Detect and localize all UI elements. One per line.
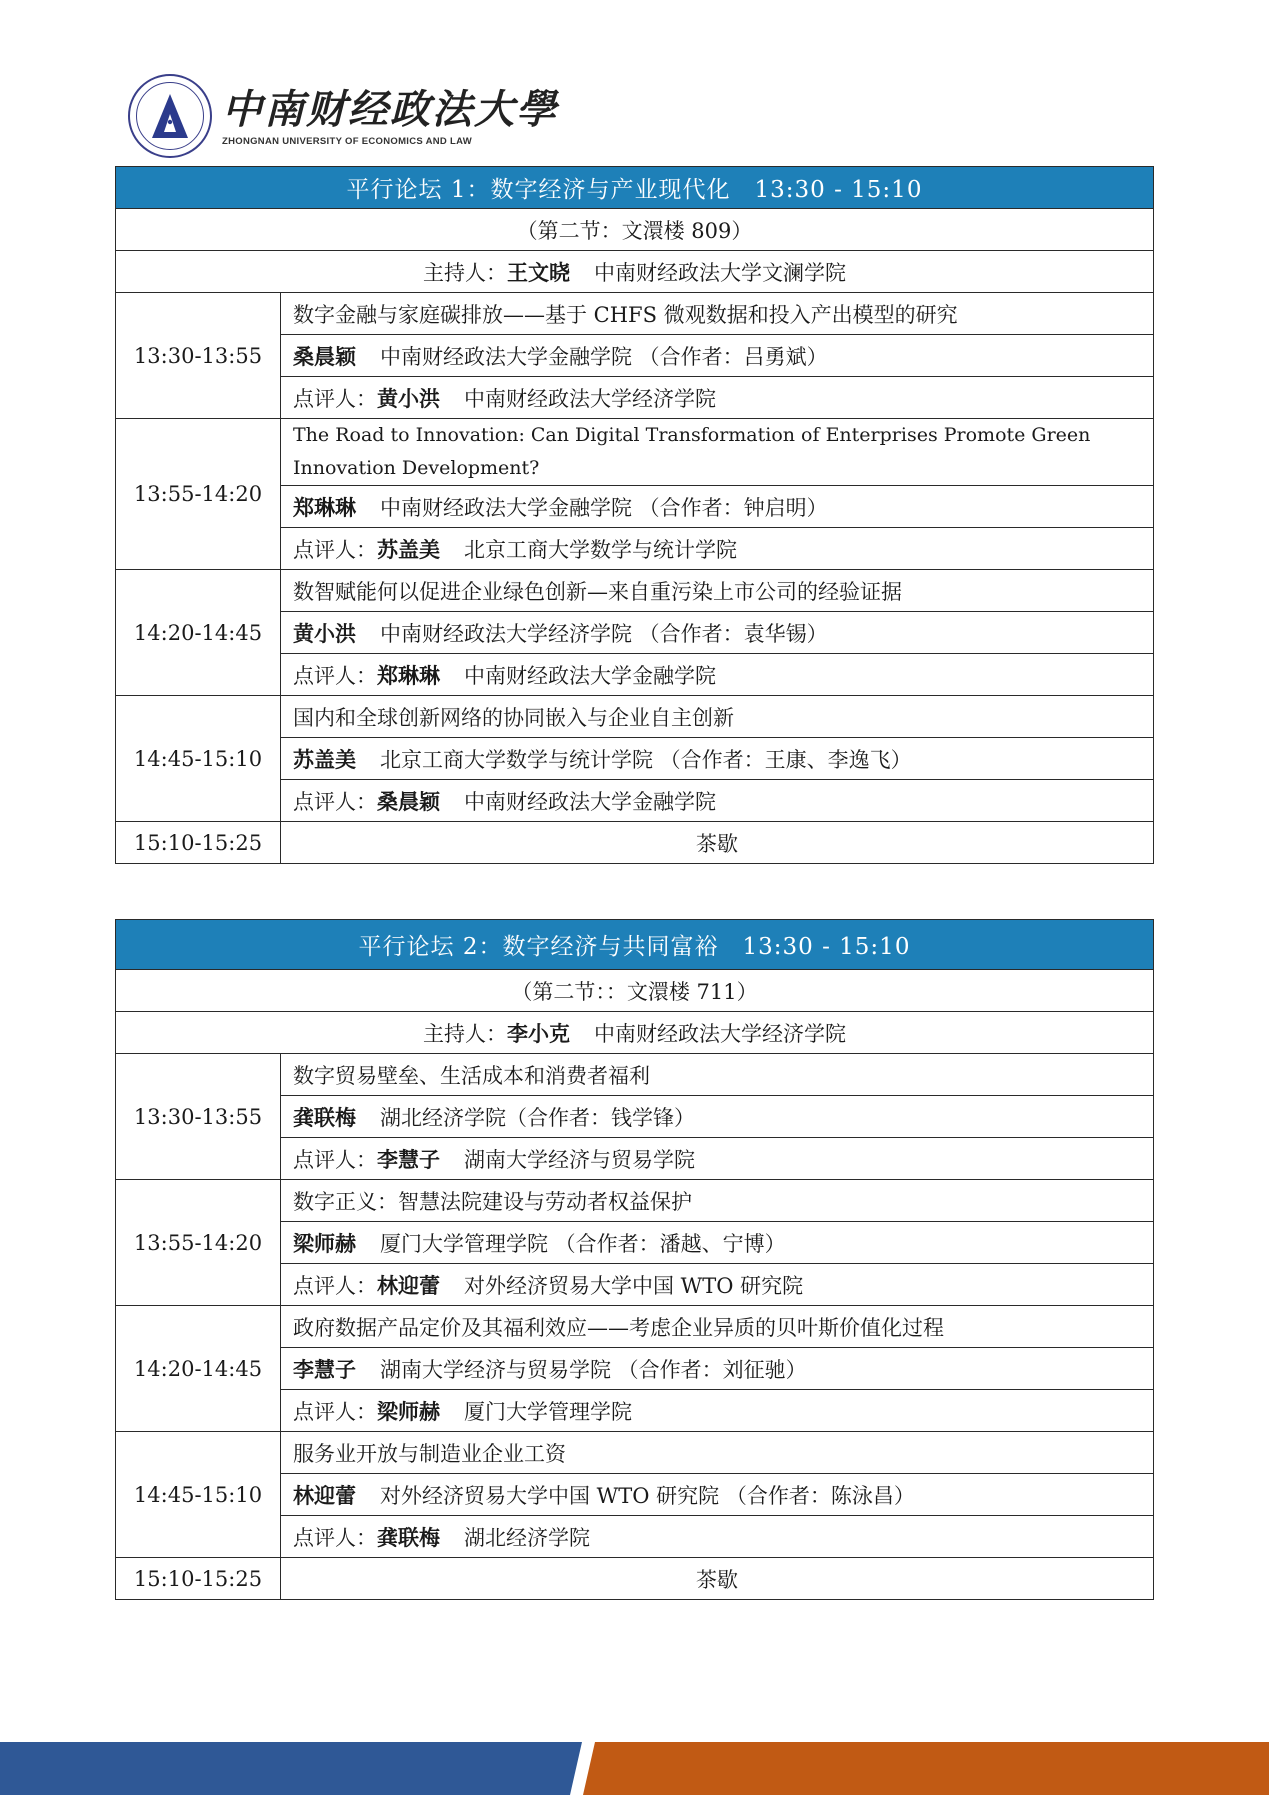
discussant: 点评人：林迎蕾对外经济贸易大学中国 WTO 研究院 [281, 1264, 1154, 1306]
session-time: 13:30-13:55 [116, 1054, 281, 1180]
paper-title: The Road to Innovation: Can Digital Tran… [281, 419, 1154, 486]
discussant-name: 桑晨颖 [377, 790, 440, 814]
break-time: 15:10-15:25 [116, 1558, 281, 1600]
forum-section: （第二节：文澴楼 809） [116, 209, 1154, 251]
discussant: 点评人：龚联梅湖北经济学院 [281, 1516, 1154, 1558]
forum-title: 平行论坛 1：数字经济与产业现代化 13:30 - 15:10 [116, 167, 1154, 209]
discussant-name: 苏盖美 [377, 538, 440, 562]
host-affiliation: 中南财经政法大学文澜学院 [594, 261, 846, 285]
discussant: 点评人：黄小洪中南财经政法大学经济学院 [281, 377, 1154, 419]
session-time: 14:20-14:45 [116, 570, 281, 696]
discussant-affiliation: 中南财经政法大学金融学院 [464, 790, 716, 814]
presenter-name: 龚联梅 [293, 1106, 356, 1130]
presenter: 郑琳琳中南财经政法大学金融学院 （合作者：钟启明） [281, 486, 1154, 528]
presenter-info: 厦门大学管理学院 （合作者：潘越、宁博） [380, 1232, 786, 1256]
presenter-info: 中南财经政法大学金融学院 （合作者：吕勇斌） [380, 345, 828, 369]
presenter-info: 中南财经政法大学金融学院 （合作者：钟启明） [380, 496, 828, 520]
break-label: 茶歇 [281, 1558, 1154, 1600]
paper-title: 数智赋能何以促进企业绿色创新—来自重污染上市公司的经验证据 [281, 570, 1154, 612]
discussant: 点评人：苏盖美北京工商大学数学与统计学院 [281, 528, 1154, 570]
discussant-label: 点评人： [293, 387, 377, 411]
host-label: 主持人： [423, 1022, 507, 1046]
break-label: 茶歇 [281, 822, 1154, 864]
discussant-affiliation: 厦门大学管理学院 [464, 1400, 632, 1424]
presenter: 桑晨颖中南财经政法大学金融学院 （合作者：吕勇斌） [281, 335, 1154, 377]
discussant-name: 李慧子 [377, 1148, 440, 1172]
presenter: 苏盖美北京工商大学数学与统计学院 （合作者：王康、李逸飞） [281, 738, 1154, 780]
presenter-name: 林迎蕾 [293, 1484, 356, 1508]
paper-title: 数字正义：智慧法院建设与劳动者权益保护 [281, 1180, 1154, 1222]
presenter-name: 黄小洪 [293, 622, 356, 646]
presenter: 林迎蕾对外经济贸易大学中国 WTO 研究院 （合作者：陈泳昌） [281, 1474, 1154, 1516]
presenter-name: 李慧子 [293, 1358, 356, 1382]
presenter-info: 湖南大学经济与贸易学院 （合作者：刘征驰） [380, 1358, 807, 1382]
forum-2-table: 平行论坛 2：数字经济与共同富裕 13:30 - 15:10 （第二节：：文澴楼… [115, 919, 1154, 1600]
presenter-name: 梁师赫 [293, 1232, 356, 1256]
discussant-label: 点评人： [293, 1400, 377, 1424]
discussant-label: 点评人： [293, 664, 377, 688]
paper-title: 服务业开放与制造业企业工资 [281, 1432, 1154, 1474]
discussant-name: 林迎蕾 [377, 1274, 440, 1298]
discussant-affiliation: 对外经济贸易大学中国 WTO 研究院 [464, 1274, 803, 1298]
discussant-affiliation: 中南财经政法大学经济学院 [464, 387, 716, 411]
session-row: 14:45-15:10 服务业开放与制造业企业工资 [116, 1432, 1154, 1474]
session-row: 14:20-14:45 数智赋能何以促进企业绿色创新—来自重污染上市公司的经验证… [116, 570, 1154, 612]
presenter-name: 苏盖美 [293, 748, 356, 772]
presenter: 李慧子湖南大学经济与贸易学院 （合作者：刘征驰） [281, 1348, 1154, 1390]
presenter-info: 湖北经济学院（合作者：钱学锋） [380, 1106, 695, 1130]
discussant: 点评人：桑晨颖中南财经政法大学金融学院 [281, 780, 1154, 822]
host-name: 李小克 [507, 1022, 570, 1046]
session-time: 13:55-14:20 [116, 419, 281, 570]
discussant-affiliation: 北京工商大学数学与统计学院 [464, 538, 737, 562]
host-label: 主持人： [423, 261, 507, 285]
forum-host: 主持人：李小克中南财经政法大学经济学院 [116, 1012, 1154, 1054]
presenter: 梁师赫厦门大学管理学院 （合作者：潘越、宁博） [281, 1222, 1154, 1264]
university-logo: 中南财经政法大學 ZHONGNAN UNIVERSITY OF ECONOMIC… [128, 80, 558, 152]
break-time: 15:10-15:25 [116, 822, 281, 864]
paper-title: 数字金融与家庭碳排放——基于 CHFS 微观数据和投入产出模型的研究 [281, 293, 1154, 335]
discussant-name: 龚联梅 [377, 1526, 440, 1550]
session-row: 14:20-14:45 政府数据产品定价及其福利效应——考虑企业异质的贝叶斯价值… [116, 1306, 1154, 1348]
university-name-en: ZHONGNAN UNIVERSITY OF ECONOMICS AND LAW [222, 136, 558, 147]
session-row: 13:55-14:20 The Road to Innovation: Can … [116, 419, 1154, 486]
university-seal-icon [128, 74, 212, 158]
discussant-name: 郑琳琳 [377, 664, 440, 688]
host-affiliation: 中南财经政法大学经济学院 [594, 1022, 846, 1046]
presenter-name: 郑琳琳 [293, 496, 356, 520]
presenter-name: 桑晨颖 [293, 345, 356, 369]
session-row: 14:45-15:10 国内和全球创新网络的协同嵌入与企业自主创新 [116, 696, 1154, 738]
session-time: 14:45-15:10 [116, 1432, 281, 1558]
discussant-label: 点评人： [293, 790, 377, 814]
discussant-label: 点评人： [293, 1148, 377, 1172]
session-row: 13:55-14:20 数字正义：智慧法院建设与劳动者权益保护 [116, 1180, 1154, 1222]
forum-host: 主持人：王文晓中南财经政法大学文澜学院 [116, 251, 1154, 293]
discussant-affiliation: 湖南大学经济与贸易学院 [464, 1148, 695, 1172]
paper-title: 政府数据产品定价及其福利效应——考虑企业异质的贝叶斯价值化过程 [281, 1306, 1154, 1348]
break-row: 15:10-15:25 茶歇 [116, 1558, 1154, 1600]
discussant: 点评人：梁师赫厦门大学管理学院 [281, 1390, 1154, 1432]
session-time: 13:55-14:20 [116, 1180, 281, 1306]
presenter: 龚联梅湖北经济学院（合作者：钱学锋） [281, 1096, 1154, 1138]
discussant-name: 黄小洪 [377, 387, 440, 411]
discussant-affiliation: 中南财经政法大学金融学院 [464, 664, 716, 688]
forum-section: （第二节：：文澴楼 711） [116, 970, 1154, 1012]
discussant-label: 点评人： [293, 1274, 377, 1298]
forum-title: 平行论坛 2：数字经济与共同富裕 13:30 - 15:10 [116, 920, 1154, 970]
session-time: 13:30-13:55 [116, 293, 281, 419]
discussant-label: 点评人： [293, 1526, 377, 1550]
discussant: 点评人：李慧子湖南大学经济与贸易学院 [281, 1138, 1154, 1180]
discussant-affiliation: 湖北经济学院 [464, 1526, 590, 1550]
presenter: 黄小洪中南财经政法大学经济学院 （合作者：袁华锡） [281, 612, 1154, 654]
presenter-info: 北京工商大学数学与统计学院 （合作者：王康、李逸飞） [380, 748, 912, 772]
session-row: 13:30-13:55 数字金融与家庭碳排放——基于 CHFS 微观数据和投入产… [116, 293, 1154, 335]
university-name-cn: 中南财经政法大學 [222, 86, 558, 134]
session-time: 14:20-14:45 [116, 1306, 281, 1432]
discussant: 点评人：郑琳琳中南财经政法大学金融学院 [281, 654, 1154, 696]
break-row: 15:10-15:25 茶歇 [116, 822, 1154, 864]
presenter-info: 对外经济贸易大学中国 WTO 研究院 （合作者：陈泳昌） [380, 1484, 915, 1508]
session-time: 14:45-15:10 [116, 696, 281, 822]
footer-band-orange [560, 1742, 1269, 1795]
discussant-label: 点评人： [293, 538, 377, 562]
footer-band-blue [0, 1742, 590, 1795]
paper-title: 国内和全球创新网络的协同嵌入与企业自主创新 [281, 696, 1154, 738]
discussant-name: 梁师赫 [377, 1400, 440, 1424]
forum-1-table: 平行论坛 1：数字经济与产业现代化 13:30 - 15:10 （第二节：文澴楼… [115, 166, 1154, 864]
presenter-info: 中南财经政法大学经济学院 （合作者：袁华锡） [380, 622, 828, 646]
paper-title: 数字贸易壁垒、生活成本和消费者福利 [281, 1054, 1154, 1096]
session-row: 13:30-13:55 数字贸易壁垒、生活成本和消费者福利 [116, 1054, 1154, 1096]
host-name: 王文晓 [507, 261, 570, 285]
